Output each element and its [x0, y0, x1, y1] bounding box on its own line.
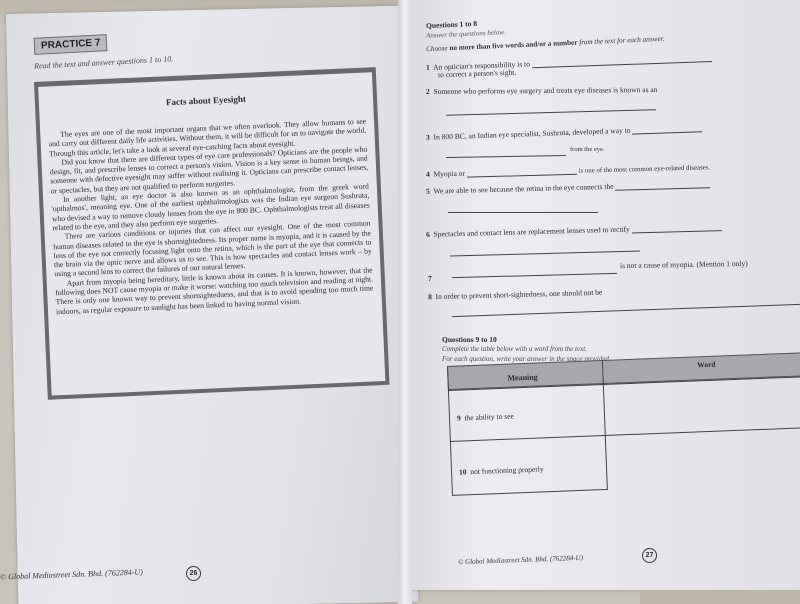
left-page-number: 26	[186, 566, 201, 581]
question-number: 7	[428, 274, 432, 283]
answer-table: Meaning Word 9 the ability to see 10 not…	[447, 352, 800, 496]
article-box: Facts about Eyesight The eyes are one of…	[34, 67, 390, 400]
question-number: 3	[426, 133, 430, 142]
row-number: 10	[459, 467, 467, 476]
row-number: 9	[457, 414, 461, 423]
answer-cell-10[interactable]	[620, 438, 800, 479]
questions-9-10-heading: Questions 9 to 10	[442, 335, 497, 344]
answer-cell-9[interactable]	[618, 387, 799, 428]
article-title: Facts about Eyesight	[47, 89, 365, 113]
book-gutter	[398, 0, 412, 604]
question-number: 5	[426, 187, 430, 196]
answer-blank[interactable]	[448, 212, 598, 213]
row-meaning: not functioning properly	[470, 464, 544, 476]
questions-9-10-subtitle: Complete the table below with a word fro…	[442, 345, 587, 353]
question-text: Myopia or	[433, 169, 465, 179]
question-number: 4	[426, 170, 430, 179]
question-7: 7	[428, 274, 432, 283]
table-header-word: Word	[697, 360, 716, 370]
question-number: 2	[426, 87, 430, 96]
question-number: 6	[426, 230, 430, 239]
table-row: 10 not functioning properly	[459, 464, 544, 476]
question-number: 1	[426, 63, 430, 72]
question-text: from the eye.	[570, 146, 604, 153]
right-page-number: 27	[642, 548, 657, 563]
table-row: 9 the ability to see	[457, 411, 514, 422]
question-number: 8	[428, 292, 432, 301]
table-header-meaning: Meaning	[507, 373, 538, 383]
desk-background-bottom	[640, 590, 800, 604]
instruction-part: Choose	[426, 44, 450, 53]
row-meaning: the ability to see	[464, 411, 514, 422]
